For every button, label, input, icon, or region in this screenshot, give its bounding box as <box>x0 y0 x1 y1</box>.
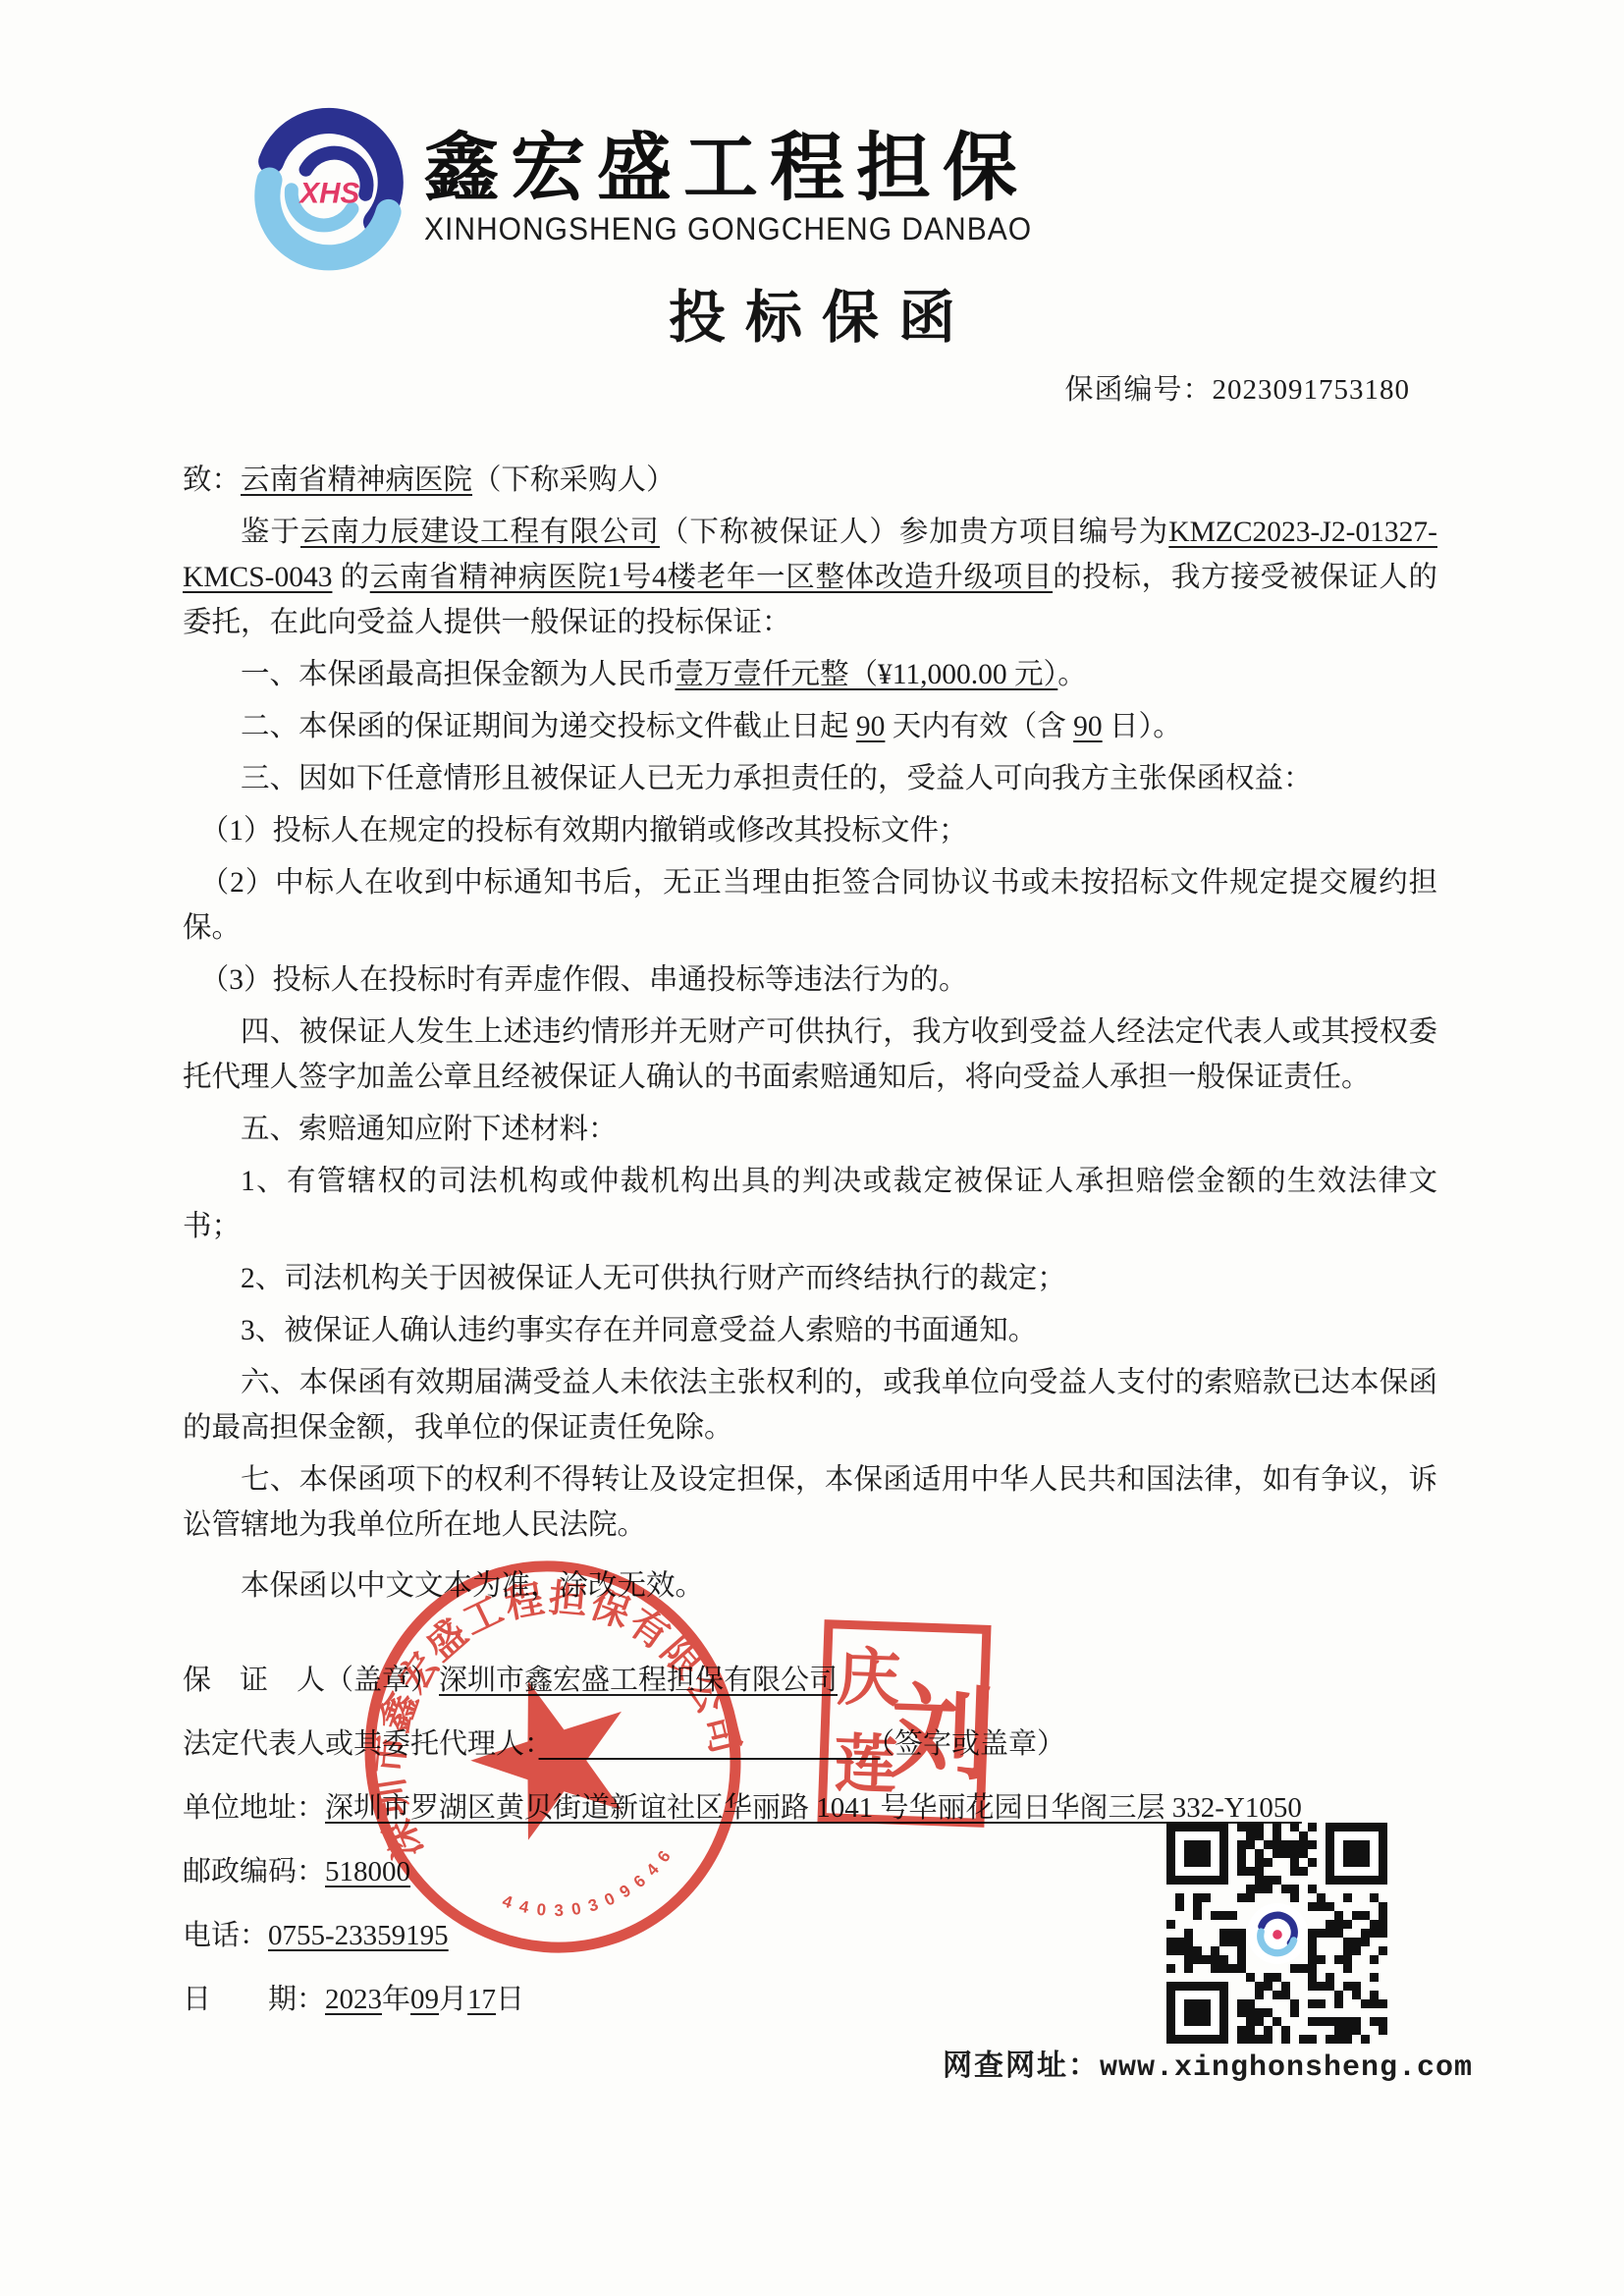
qr-center-logo <box>1247 1903 1308 1964</box>
text-segment: 壹万壹仟元整（¥11,000.00 元） <box>676 659 1058 690</box>
paragraph: 1、有管辖权的司法机构或仲裁机构出具的判决或裁定被保证人承担赔偿金额的生效法律文… <box>183 1159 1437 1249</box>
text-segment: 单位地址： <box>183 1792 325 1824</box>
document-title: 投标保函 <box>0 271 1624 354</box>
paragraph: 四、被保证人发生上述违约情形并无财产可供执行，我方收到受益人经法定代表人或其授权… <box>183 1010 1437 1100</box>
seal-star-icon <box>453 1657 650 1849</box>
text-segment: 的 <box>332 562 369 593</box>
text-segment: 90 <box>856 711 886 742</box>
paragraph: 二、本保函的保证期间为递交投标文件截止日起 90 天内有效（含 90 日）。 <box>183 704 1437 749</box>
qr-caption-label: 网查网址： <box>943 2050 1100 2082</box>
paragraph: 致：云南省精神病医院（下称采购人） <box>183 458 1437 503</box>
logo-monogram: XHS <box>298 178 359 210</box>
paragraph: （1）投标人在规定的投标有效期内撤销或修改其投标文件； <box>183 808 1437 853</box>
text-segment: 四、被保证人发生上述违约情形并无财产可供执行，我方收到受益人经法定代表人或其授权… <box>183 1016 1437 1093</box>
ref-value: 2023091753180 <box>1213 374 1411 406</box>
svg-text:44030309646: 44030309646 <box>496 1836 690 1941</box>
text-segment: 二、本保函的保证期间为递交投标文件截止日起 <box>241 711 856 742</box>
text-segment: 日 期： <box>183 1984 325 2015</box>
text-segment: 云南省精神病医院 <box>241 465 472 496</box>
paragraph: （3）投标人在投标时有弄虚作假、串通投标等违法行为的。 <box>183 957 1437 1003</box>
paragraph: 五、索赔通知应附下述材料： <box>183 1107 1437 1152</box>
text-segment: 云南省精神病医院1号4楼老年一区整体改造升级项目 <box>370 562 1053 593</box>
paragraph: 鉴于云南力辰建设工程有限公司（下称被保证人）参加贵方项目编号为KMZC2023-… <box>183 510 1437 645</box>
qr-caption: 网查网址：www.xinghonsheng.com <box>943 2041 1473 2085</box>
ref-label: 保函编号： <box>1064 374 1212 406</box>
text-segment: 。 <box>1057 659 1087 690</box>
text-segment: 2、司法机构关于因被保证人无可供执行财产而终结执行的裁定； <box>241 1263 1066 1294</box>
text-segment: 五、索赔通知应附下述材料： <box>241 1114 618 1145</box>
text-segment: 电话： <box>183 1920 268 1951</box>
qr-caption-url: www.xinghonsheng.com <box>1100 2051 1473 2085</box>
paragraph: 七、本保函项下的权利不得转让及设定担保，本保函适用中华人民共和国法律，如有争议，… <box>183 1457 1437 1548</box>
text-segment: （下称被保证人）参加贵方项目编号为 <box>660 517 1168 548</box>
text-segment: 鉴于 <box>241 517 300 548</box>
seal-char-right: 刘 <box>888 1650 995 1801</box>
company-name-cn: 鑫宏盛工程担保 <box>424 132 1032 206</box>
text-segment: 七、本保函项下的权利不得转让及设定担保，本保函适用中华人民共和国法律，如有争议，… <box>183 1464 1437 1541</box>
text-segment: 日）。 <box>1103 711 1182 742</box>
text-segment: （2）中标人在收到中标通知书后，无正当理由拒签合同协议书或未按招标文件规定提交履… <box>183 867 1437 944</box>
text-segment: 3、被保证人确认违约事实存在并同意受益人索赔的书面通知。 <box>241 1315 1037 1346</box>
text-segment: （3）投标人在投标时有弄虚作假、串通投标等违法行为的。 <box>200 964 968 996</box>
text-segment: 三、因如下任意情形且被保证人已无力承担责任的，受益人可向我方主张保函权益： <box>241 763 1313 794</box>
paragraph: 2、司法机构关于因被保证人无可供执行财产而终结执行的裁定； <box>183 1256 1437 1301</box>
paragraph: 一、本保函最高担保金额为人民币壹万壹仟元整（¥11,000.00 元）。 <box>183 652 1437 697</box>
paragraph: 三、因如下任意情形且被保证人已无力承担责任的，受益人可向我方主张保函权益： <box>183 756 1437 801</box>
qr-logo-icon <box>1254 1910 1301 1957</box>
text-segment: 年 <box>382 1984 410 2015</box>
text-segment: 六、本保函有效期届满受益人未依法主张权利的，或我单位向受益人支付的索赔款已达本保… <box>183 1367 1437 1444</box>
text-segment: （1）投标人在规定的投标有效期内撤销或修改其投标文件； <box>200 815 968 847</box>
text-segment: 2023 <box>325 1984 382 2015</box>
seal-registration-digits: 44030309646 <box>496 1836 690 1941</box>
verification-qr-code <box>1166 1823 1387 2044</box>
text-segment: 1、有管辖权的司法机构或仲裁机构出具的判决或裁定被保证人承担赔偿金额的生效法律文… <box>183 1166 1437 1242</box>
company-logo: XHS <box>244 102 414 273</box>
paragraph: （2）中标人在收到中标通知书后，无正当理由拒签合同协议书或未按招标文件规定提交履… <box>183 860 1437 951</box>
text-segment: 云南力辰建设工程有限公司 <box>300 517 660 548</box>
paragraph: 六、本保函有效期届满受益人未依法主张权利的，或我单位向受益人支付的索赔款已达本保… <box>183 1360 1437 1450</box>
scanned-document-page: XHS 鑫宏盛工程担保 XINHONGSHENG GONGCHENG DANBA… <box>0 0 1624 2296</box>
personal-name-seal: 庆 莲 刘 <box>817 1619 991 1828</box>
text-segment: （下称采购人） <box>472 465 676 496</box>
paragraph: 3、被保证人确认违约事实存在并同意受益人索赔的书面通知。 <box>183 1308 1437 1353</box>
seal-right-column: 刘 <box>901 1631 983 1819</box>
text-segment: 邮政编码： <box>183 1856 325 1887</box>
text-segment: 90 <box>1073 711 1103 742</box>
letterhead-text: 鑫宏盛工程担保 XINHONGSHENG GONGCHENG DANBAO <box>424 102 1032 246</box>
letterhead: XHS 鑫宏盛工程担保 XINHONGSHENG GONGCHENG DANBA… <box>244 102 1032 273</box>
guarantee-ref-number: 保函编号：2023091753180 <box>1064 367 1410 408</box>
text-segment: 一、本保函最高担保金额为人民币 <box>241 659 676 690</box>
text-segment: 致： <box>183 465 241 496</box>
letter-body: 致：云南省精神病医院（下称采购人）鉴于云南力辰建设工程有限公司（下称被保证人）参… <box>183 458 1437 1615</box>
company-name-pinyin: XINHONGSHENG GONGCHENG DANBAO <box>424 212 1032 248</box>
text-segment: 天内有效（含 <box>885 711 1073 742</box>
